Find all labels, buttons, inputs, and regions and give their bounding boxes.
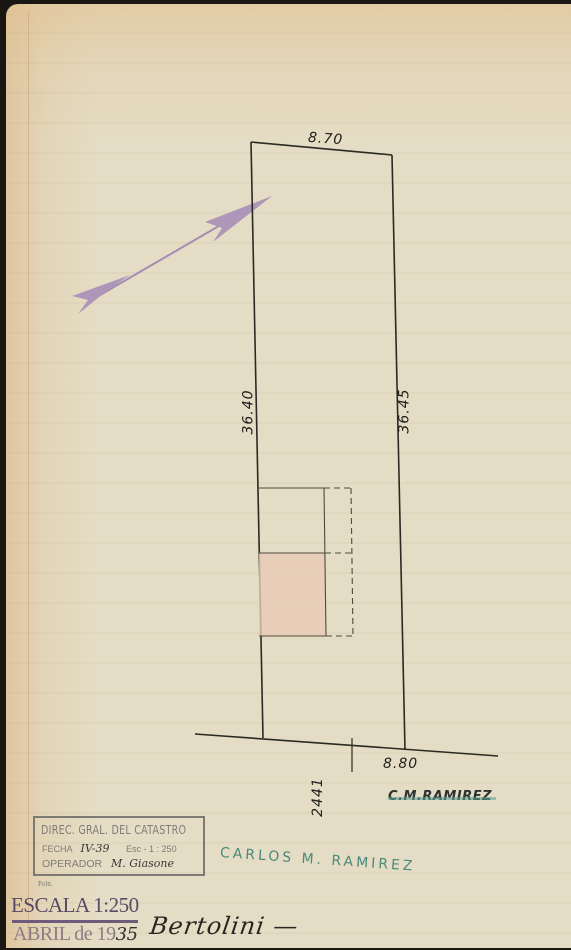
- north-arrow-icon: [72, 196, 272, 314]
- stamp-operador-label: OPERADOR: [42, 858, 102, 870]
- stamp-esc-label: Esc - 1 : 250: [126, 844, 177, 854]
- left-side-label: 36.40: [241, 389, 257, 434]
- stamp-operador-row: OPERADOR M. Giasone: [42, 857, 174, 870]
- owner-struck-name: C.M.RAMIREZ: [388, 789, 492, 804]
- lot-plan-drawing: [0, 0, 571, 950]
- building-footprint: [258, 488, 353, 636]
- printer-mark: Poltt.: [38, 880, 53, 888]
- stamp-fecha-value: IV-39: [81, 842, 110, 855]
- signature: Bertolini —: [148, 912, 300, 940]
- stamp-fecha-label: FECHA: [42, 844, 72, 854]
- date-prefix: ABRIL de 19: [13, 923, 116, 945]
- date-label: ABRIL de 1935: [13, 923, 138, 946]
- back-width-label: 8.80: [383, 756, 418, 772]
- lot-boundary: [195, 142, 498, 772]
- lot-number-label: 2441: [310, 777, 326, 817]
- stamp-fecha-row: FECHA IV-39 Esc - 1 : 250: [42, 842, 177, 855]
- scale-label: ESCALA 1:250: [11, 893, 139, 918]
- stamp-title: DIREC. GRAL. DEL CATASTRO: [41, 822, 186, 837]
- stamp-operador-value: M. Giasone: [111, 857, 174, 870]
- catastro-stamp: DIREC. GRAL. DEL CATASTRO FECHA IV-39 Es…: [33, 816, 205, 876]
- front-width-label: 8.70: [307, 130, 343, 148]
- right-side-label: 36.45: [397, 388, 413, 433]
- date-year-suffix: 35: [116, 924, 138, 945]
